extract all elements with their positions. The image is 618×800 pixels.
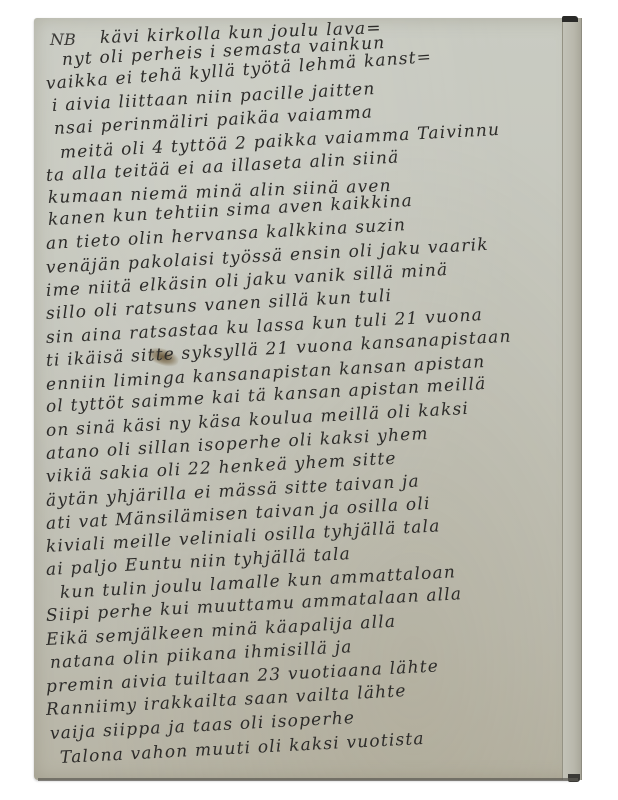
worn-corner-top-right [562,16,578,22]
page-spine-edge [562,18,582,780]
margin-note: NB [50,30,76,49]
page-bottom-edge [38,778,578,781]
